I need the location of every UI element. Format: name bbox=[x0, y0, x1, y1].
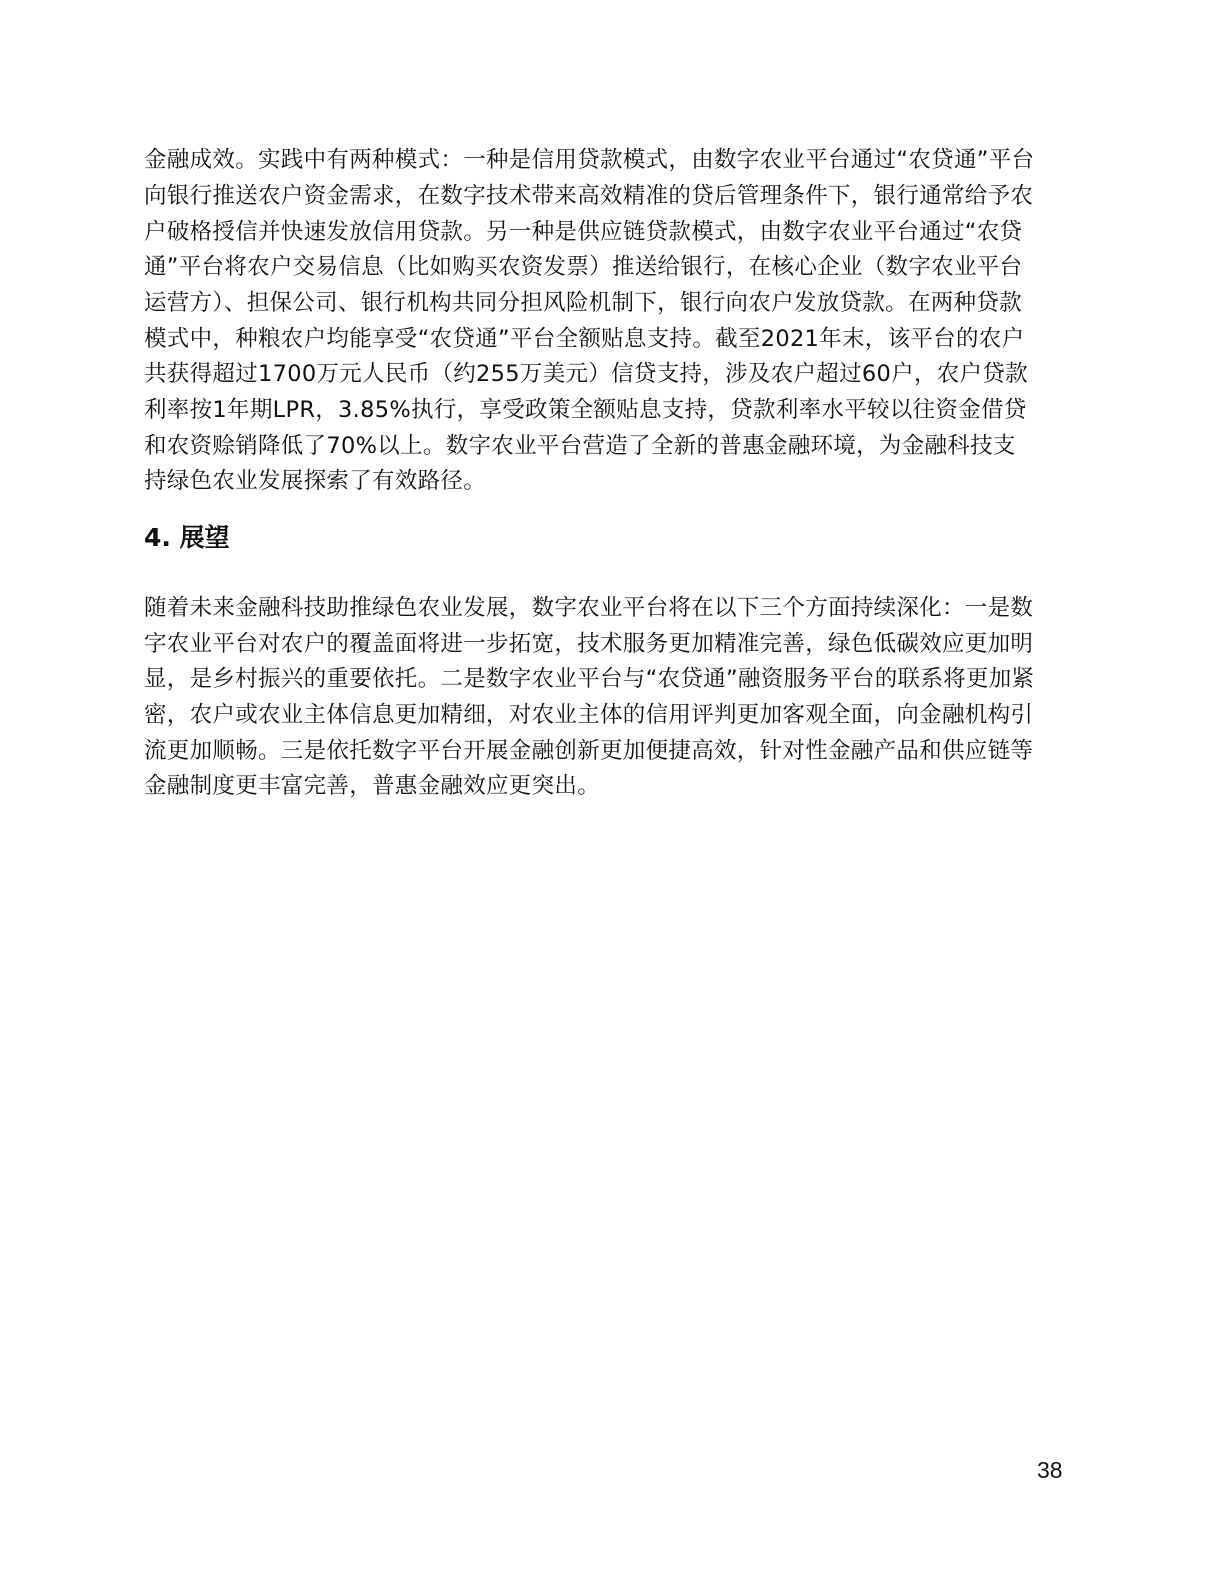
text-line: 利率按1年期LPR，3.85%执行，享受政策全额贴息支持，贷款利率水平较以往资金… bbox=[144, 394, 1027, 426]
text-line: 随着未来金融科技助推绿色农业发展，数字农业平台将在以下三个方面持续深化：一是数 bbox=[144, 592, 1033, 624]
text-line: 金融成效。实践中有两种模式：一种是信用贷款模式，由数字农业平台通过“农贷通”平台 bbox=[144, 144, 1034, 176]
page-number: 38 bbox=[1037, 1455, 1063, 1485]
text-line: 持绿色农业发展探索了有效路径。 bbox=[144, 465, 486, 497]
text-line: 通”平台将农户交易信息（比如购买农资发票）推送给银行，在核心企业（数字农业平台 bbox=[144, 251, 1022, 283]
text-line: 运营方）、担保公司、银行机构共同分担风险机制下，银行向农户发放贷款。在两种贷款 bbox=[144, 287, 1022, 319]
text-line: 字农业平台对农户的覆盖面将进一步拓宽，技术服务更加精准完善，绿色低碳效应更加明 bbox=[144, 628, 1033, 660]
text-line: 密，农户或农业主体信息更加精细，对农业主体的信用评判更加客观全面，向金融机构引 bbox=[144, 699, 1033, 731]
text-line: 共获得超过1700万元人民币（约255万美元）信贷支持，涉及农户超过60户，农户… bbox=[144, 358, 1028, 390]
text-line: 和农资赊销降低了70%以上。数字农业平台营造了全新的普惠金融环境，为金融科技支 bbox=[144, 430, 1016, 462]
text-line: 金融制度更丰富完善，普惠金融效应更突出。 bbox=[144, 770, 600, 802]
text-line: 流更加顺畅。三是依托数字平台开展金融创新更加便捷高效，针对性金融产品和供应链等 bbox=[144, 735, 1033, 767]
section-heading-outlook: 4. 展望 bbox=[144, 521, 230, 555]
text-line: 向银行推送农户资金需求，在数字技术带来高效精准的贷后管理条件下，银行通常给予农 bbox=[144, 180, 1033, 212]
text-line: 显，是乡村振兴的重要依托。二是数字农业平台与“农贷通”融资服务平台的联系将更加紧 bbox=[144, 663, 1034, 695]
text-line: 模式中，种粮农户均能享受“农贷通”平台全额贴息支持。截至2021年末，该平台的农… bbox=[144, 323, 1024, 355]
text-line: 户破格授信并快速发放信用贷款。另一种是供应链贷款模式，由数字农业平台通过“农贷 bbox=[144, 216, 1022, 248]
